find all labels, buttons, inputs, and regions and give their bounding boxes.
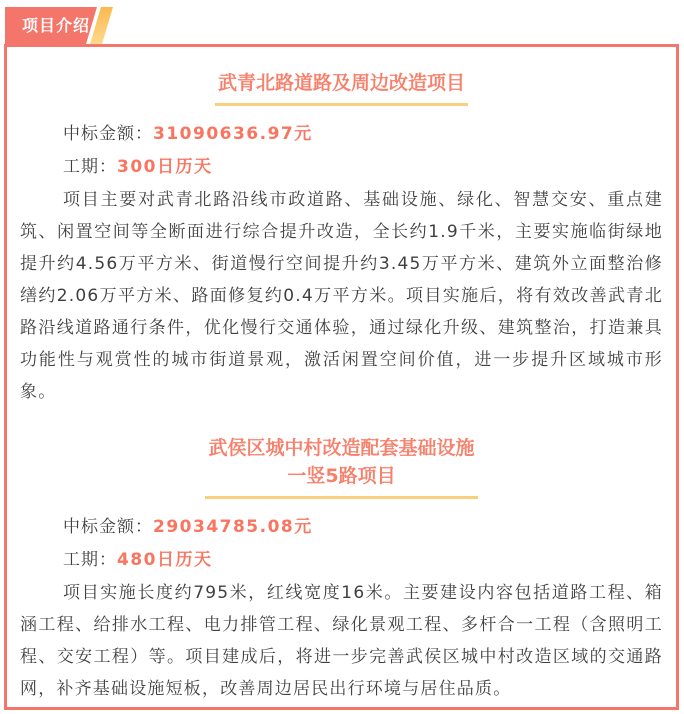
section-badge: 项目介绍: [5, 7, 97, 44]
project-title-line: 一竖5路项目: [208, 462, 474, 490]
project-title-wrap: 武青北路道路及周边改造项目: [20, 69, 663, 106]
meta-row-duration: 工期：300日历天: [20, 151, 663, 184]
meta-row-duration: 工期：480日历天: [20, 544, 663, 577]
content-frame: 武青北路道路及周边改造项目 中标金额：31090636.97元 工期：300日历…: [4, 44, 679, 710]
section-header: 项目介绍: [0, 0, 684, 47]
meta-value: 480日历天: [117, 550, 213, 570]
project-title: 武青北路道路及周边改造项目: [215, 69, 468, 106]
project-section-2: 武侯区城中村改造配套基础设施 一竖5路项目 中标金额：29034785.08元 …: [20, 434, 663, 705]
meta-label: 工期：: [63, 157, 117, 177]
meta-row-bid-amount: 中标金额：31090636.97元: [20, 118, 663, 151]
section-badge-label: 项目介绍: [22, 16, 90, 35]
project-section-1: 武青北路道路及周边改造项目 中标金额：31090636.97元 工期：300日历…: [20, 69, 663, 408]
project-description: 项目实施长度约795米，红线宽度16米。主要建设内容包括道路工程、箱涵工程、给排…: [20, 577, 663, 705]
project-title-line: 武侯区城中村改造配套基础设施: [208, 434, 474, 462]
meta-label: 中标金额：: [63, 517, 153, 537]
project-title-wrap: 武侯区城中村改造配套基础设施 一竖5路项目: [20, 434, 663, 499]
meta-value: 29034785.08元: [153, 517, 313, 537]
article-page: { "header": { "badge_label": "项目介绍" }, "…: [0, 0, 684, 714]
project-title: 武侯区城中村改造配套基础设施 一竖5路项目: [205, 434, 477, 499]
project-description: 项目主要对武青北路沿线市政道路、基础设施、绿化、智慧交安、重点建筑、闲置空间等全…: [20, 184, 663, 408]
meta-label: 中标金额：: [63, 124, 153, 144]
meta-value: 300日历天: [117, 157, 213, 177]
project-title-line: 武青北路道路及周边改造项目: [218, 69, 465, 97]
meta-value: 31090636.97元: [153, 124, 313, 144]
meta-row-bid-amount: 中标金额：29034785.08元: [20, 511, 663, 544]
meta-label: 工期：: [63, 550, 117, 570]
